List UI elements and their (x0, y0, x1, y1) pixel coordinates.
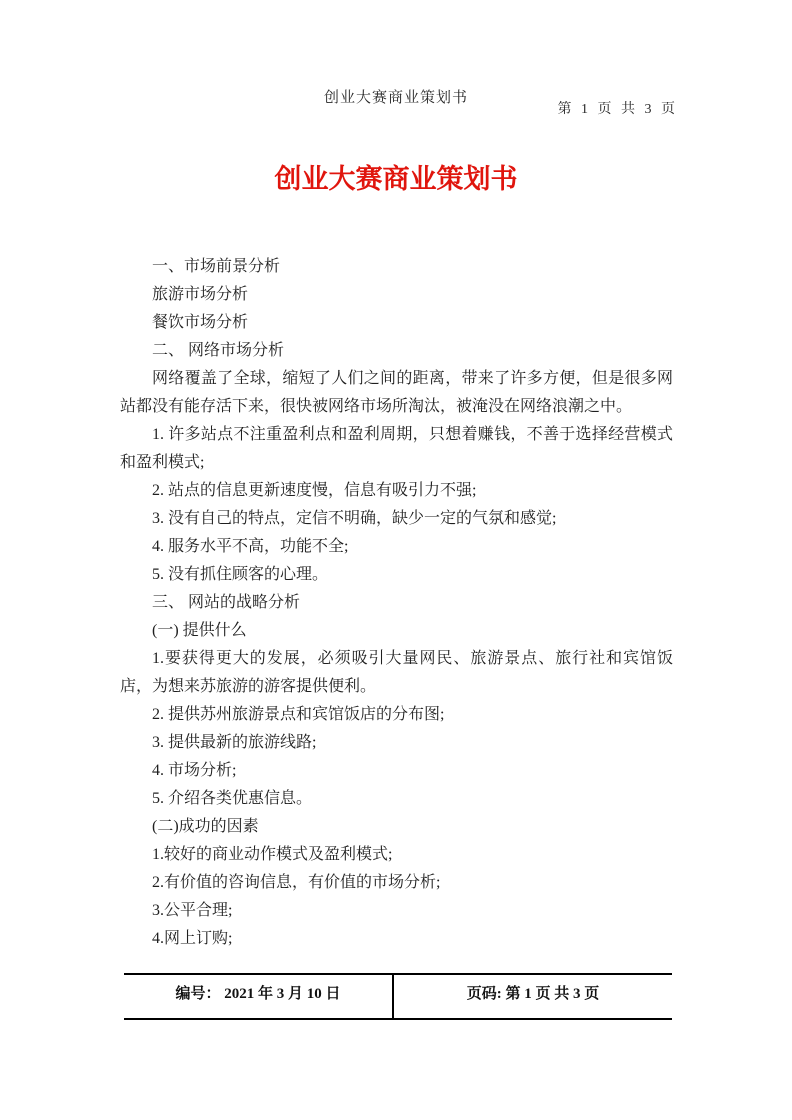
header-page-indicator: 第 1 页 共 3 页 (558, 98, 679, 118)
body-paragraph: 3.公平合理; (120, 897, 673, 925)
document-body: 一、市场前景分析旅游市场分析餐饮市场分析二、 网络市场分析网络覆盖了全球，缩短了… (120, 253, 673, 953)
body-paragraph: 三、 网站的战略分析 (120, 589, 673, 617)
body-paragraph: 4.网上订购; (120, 925, 673, 953)
document-page: 创业大赛商业策划书 第 1 页 共 3 页 创业大赛商业策划书 一、市场前景分析… (0, 0, 792, 1120)
doc-title: 创业大赛商业策划书 (0, 157, 792, 196)
body-paragraph: 餐饮市场分析 (120, 309, 673, 337)
footer-table: 编号： 2021 年 3 月 10 日 页码: 第 1 页 共 3 页 (124, 973, 672, 1020)
body-paragraph: 2. 提供苏州旅游景点和宾馆饭店的分布图; (120, 701, 673, 729)
body-paragraph: (二)成功的因素 (120, 813, 673, 841)
body-paragraph: 3. 没有自己的特点，定信不明确，缺少一定的气氛和感觉; (120, 505, 673, 533)
footer-page-cell: 页码: 第 1 页 共 3 页 (392, 975, 672, 1018)
body-paragraph: 1.较好的商业动作模式及盈利模式; (120, 841, 673, 869)
body-paragraph: 2.有价值的咨询信息，有价值的市场分析; (120, 869, 673, 897)
body-paragraph: 旅游市场分析 (120, 281, 673, 309)
body-paragraph: 5. 没有抓住顾客的心理。 (120, 561, 673, 589)
body-paragraph: 1.要获得更大的发展，必须吸引大量网民、旅游景点、旅行社和宾馆饭店，为想来苏旅游… (120, 645, 673, 701)
body-paragraph: 一、市场前景分析 (120, 253, 673, 281)
body-paragraph: 3. 提供最新的旅游线路; (120, 729, 673, 757)
body-paragraph: 4. 服务水平不高，功能不全; (120, 533, 673, 561)
body-paragraph: 1. 许多站点不注重盈利点和盈利周期，只想着赚钱，不善于选择经营模式和盈利模式; (120, 421, 673, 477)
body-paragraph: 二、 网络市场分析 (120, 337, 673, 365)
body-paragraph: 2. 站点的信息更新速度慢，信息有吸引力不强; (120, 477, 673, 505)
body-paragraph: 网络覆盖了全球，缩短了人们之间的距离，带来了许多方便，但是很多网站都没有能存活下… (120, 365, 673, 421)
body-paragraph: 5. 介绍各类优惠信息。 (120, 785, 673, 813)
body-paragraph: 4. 市场分析; (120, 757, 673, 785)
footer-number-cell: 编号： 2021 年 3 月 10 日 (124, 975, 392, 1018)
body-paragraph: (一) 提供什么 (120, 617, 673, 645)
